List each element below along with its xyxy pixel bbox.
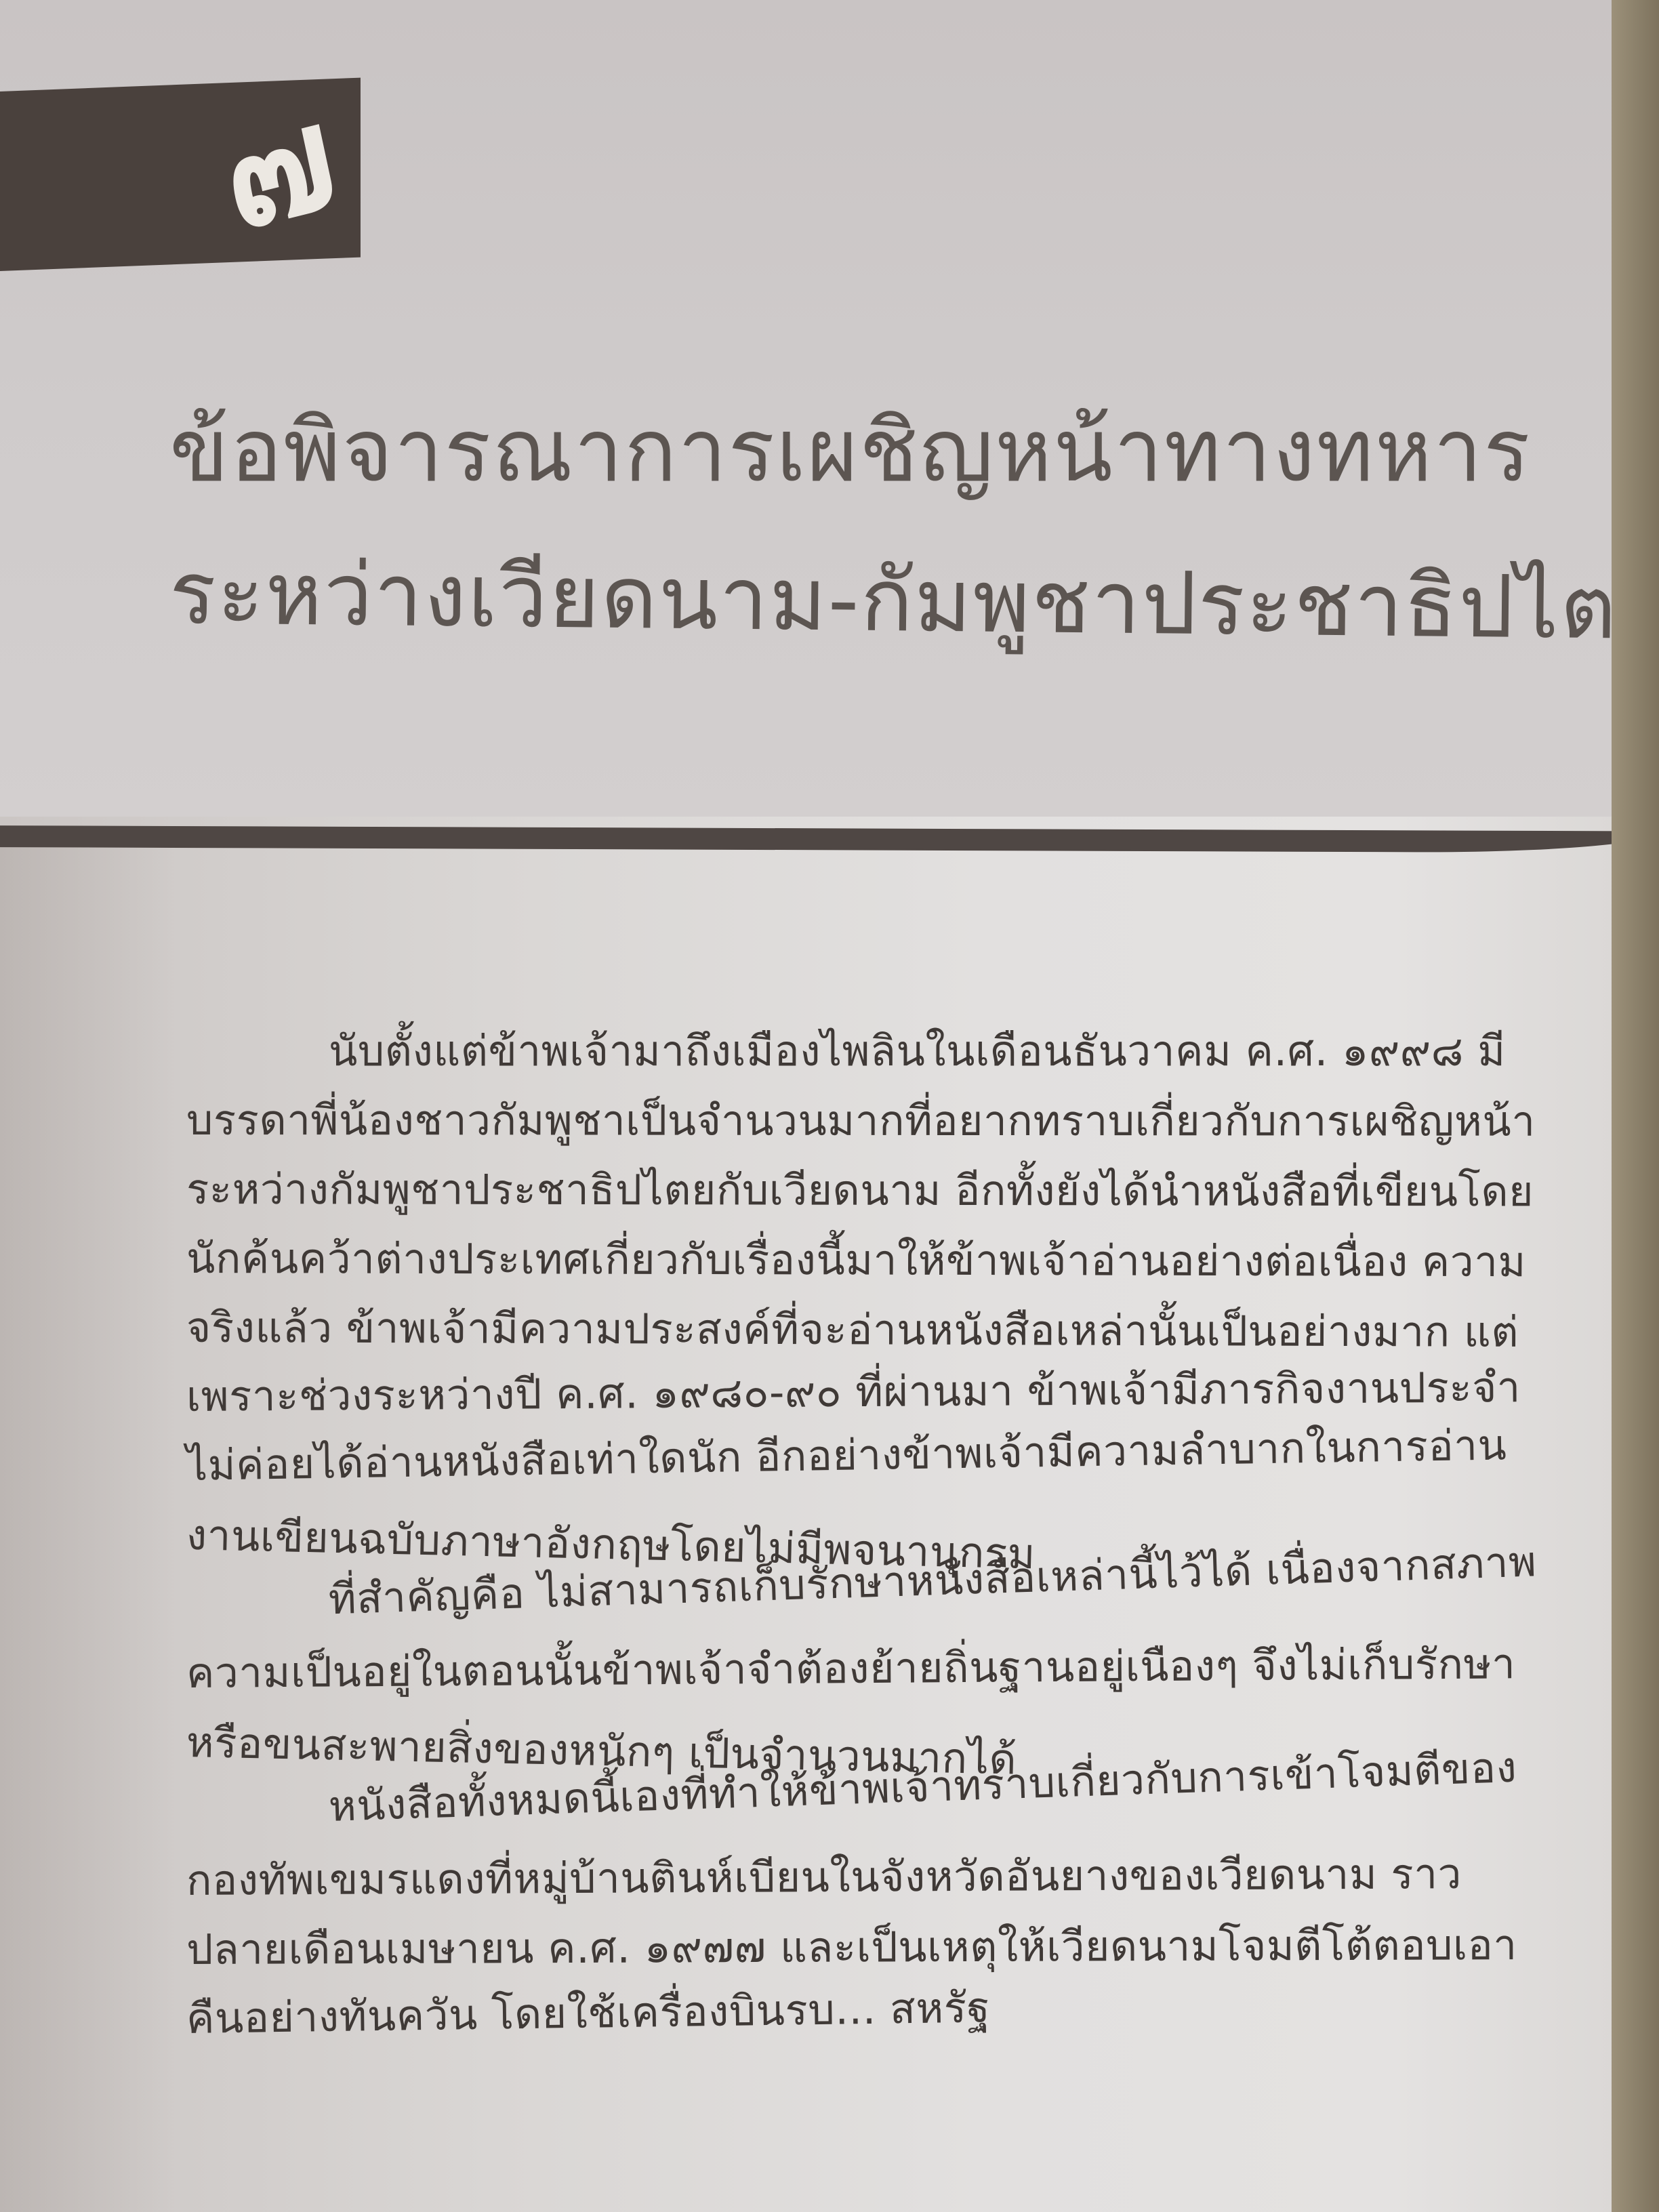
- text-line: ระหว่างกัมพูชาประชาธิปไตยกับเวียดนาม อีก…: [186, 1155, 1582, 1227]
- book-page: ๗ ข้อพิจารณาการเผชิญหน้าทางทหาร ระหว่างเ…: [0, 0, 1639, 2212]
- paragraph-3: หนังสือทั้งหมดนี้เองที่ทำให้ข้าพเจ้าทราบ…: [186, 1777, 1582, 2053]
- paragraph-1: นับตั้งแต่ข้าพเจ้ามาถึงเมืองไพลินในเดือน…: [186, 1017, 1582, 1570]
- text-line: นับตั้งแต่ข้าพเจ้ามาถึงเมืองไพลินในเดือน…: [186, 1017, 1582, 1086]
- header-divider-rule: [0, 825, 1639, 853]
- book-edge-background: [1612, 0, 1659, 2212]
- text-line: กองทัพเขมรแดงที่หมู่บ้านตินห์เบียนในจังห…: [186, 1839, 1583, 1915]
- chapter-title-line-1: ข้อพิจารณาการเผชิญหน้าทางทหาร: [169, 380, 1639, 523]
- chapter-title: ข้อพิจารณาการเผชิญหน้าทางทหาร ระหว่างเวี…: [169, 380, 1639, 665]
- text-line: ความเป็นอยู่ในตอนนั้นข้าพเจ้าจำต้องย้ายถ…: [186, 1629, 1583, 1708]
- body-text: นับตั้งแต่ข้าพเจ้ามาถึงเมืองไพลินในเดือน…: [186, 1017, 1582, 2053]
- page-shadow: [0, 847, 176, 2212]
- text-line: นักค้นคว้าต่างประเทศเกี่ยวกับเรื่องนี้มา…: [186, 1224, 1582, 1296]
- chapter-number: ๗: [208, 75, 349, 260]
- chapter-number-block: ๗: [0, 78, 361, 271]
- text-line: บรรดาพี่น้องชาวกัมพูชาเป็นจำนวนมากที่อยา…: [186, 1086, 1582, 1156]
- chapter-title-line-2: ระหว่างเวียดนาม-กัมพูชาประชาธิปไตย: [169, 523, 1639, 680]
